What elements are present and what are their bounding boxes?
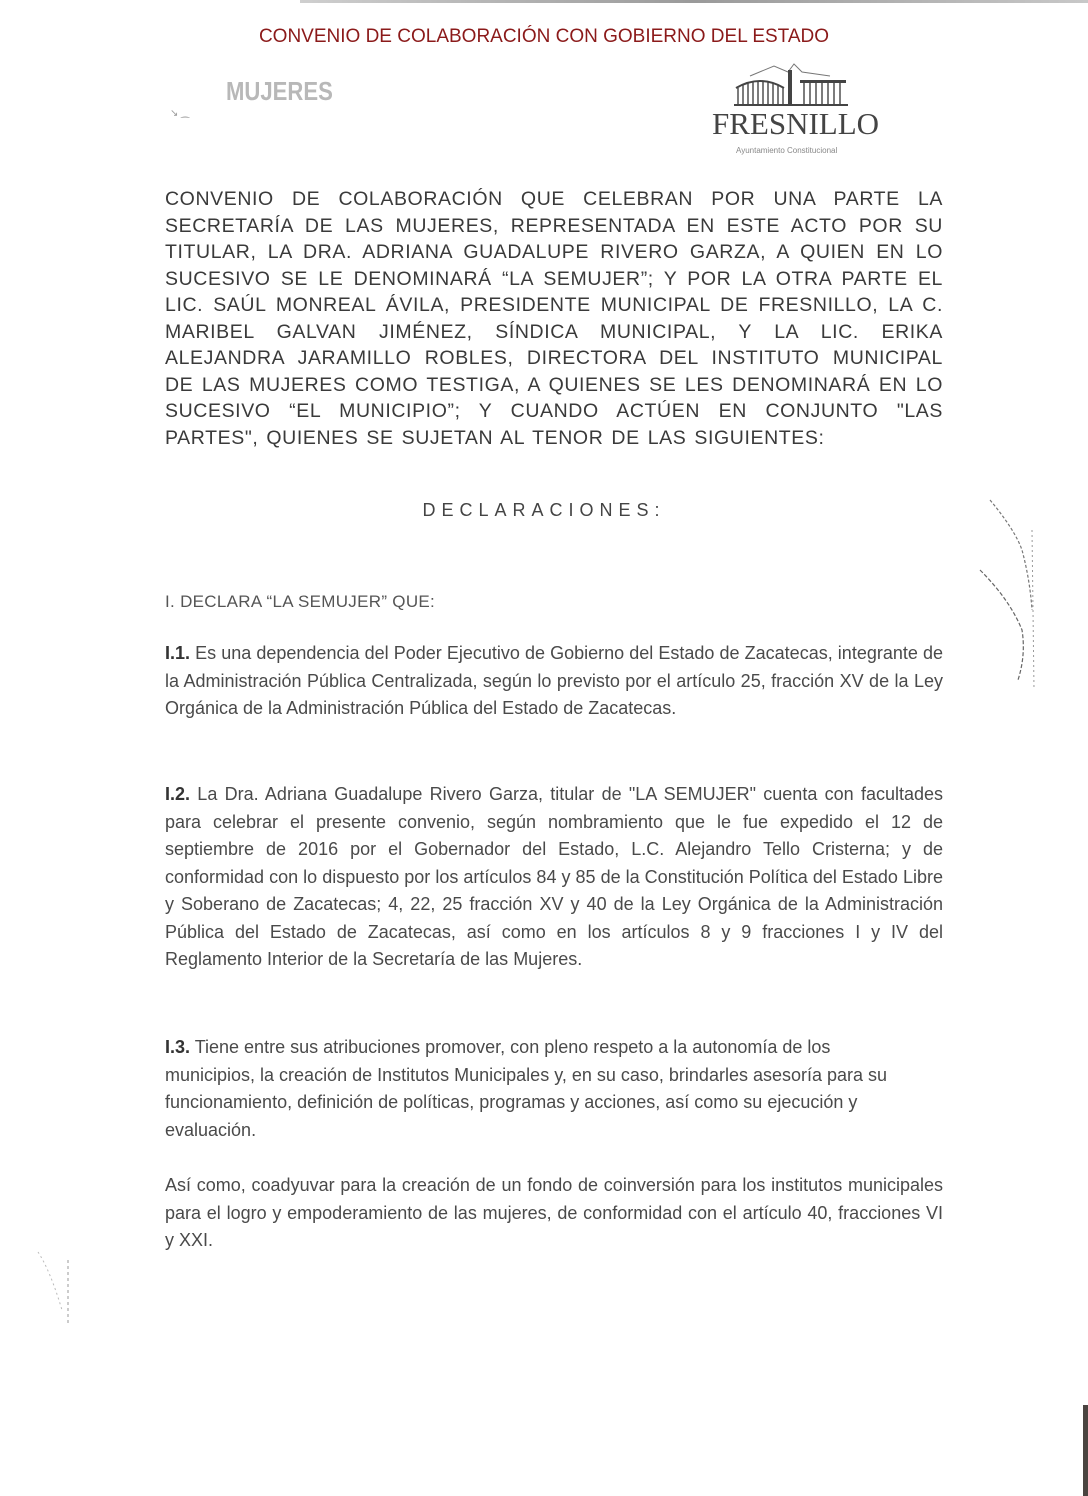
scan-edge-right [1083,1405,1088,1496]
margin-mark-icon [30,1250,70,1330]
semujer-logo: MUJERES ↘ ⁔ [170,74,390,130]
fresnillo-logo: FRESNILLO Ayuntamiento Constitucional [700,62,890,162]
fresnillo-wordmark: FRESNILLO [712,106,879,142]
scan-edge-top [300,0,1088,3]
declaration-paragraph: I.1. Es una dependencia del Poder Ejecut… [165,640,943,723]
clause-text: Es una dependencia del Poder Ejecutivo d… [165,643,943,718]
declaration-paragraph: Así como, coadyuvar para la creación de … [165,1172,943,1255]
declaration-paragraph: I.2. La Dra. Adriana Guadalupe Rivero Ga… [165,781,943,974]
clause-text: Tiene entre sus atribuciones promover, c… [165,1037,887,1140]
declaration-paragraph: I.3. Tiene entre sus atribuciones promov… [165,1034,915,1144]
semujer-wordmark: MUJERES [226,76,333,107]
clause-number: I.1. [165,643,190,663]
clause-text: La Dra. Adriana Guadalupe Rivero Garza, … [165,784,943,969]
clause-text: Así como, coadyuvar para la creación de … [165,1175,943,1250]
signature-mark-icon [960,490,1050,710]
subsection-heading: I. DECLARA “LA SEMUJER” QUE: [165,592,435,612]
semujer-mark-icon: ↘ ⁔ [170,108,189,119]
clause-number: I.2. [165,784,190,804]
page-header-title: CONVENIO DE COLABORACIÓN CON GOBIERNO DE… [0,26,1088,48]
fresnillo-subtitle: Ayuntamiento Constitucional [736,146,837,155]
agreement-intro: CONVENIO DE COLABORACIÓN QUE CELEBRAN PO… [165,186,943,451]
section-title-declaraciones: DECLARACIONES: [0,500,1088,521]
building-arches-icon [730,62,850,106]
clause-number: I.3. [165,1037,190,1057]
